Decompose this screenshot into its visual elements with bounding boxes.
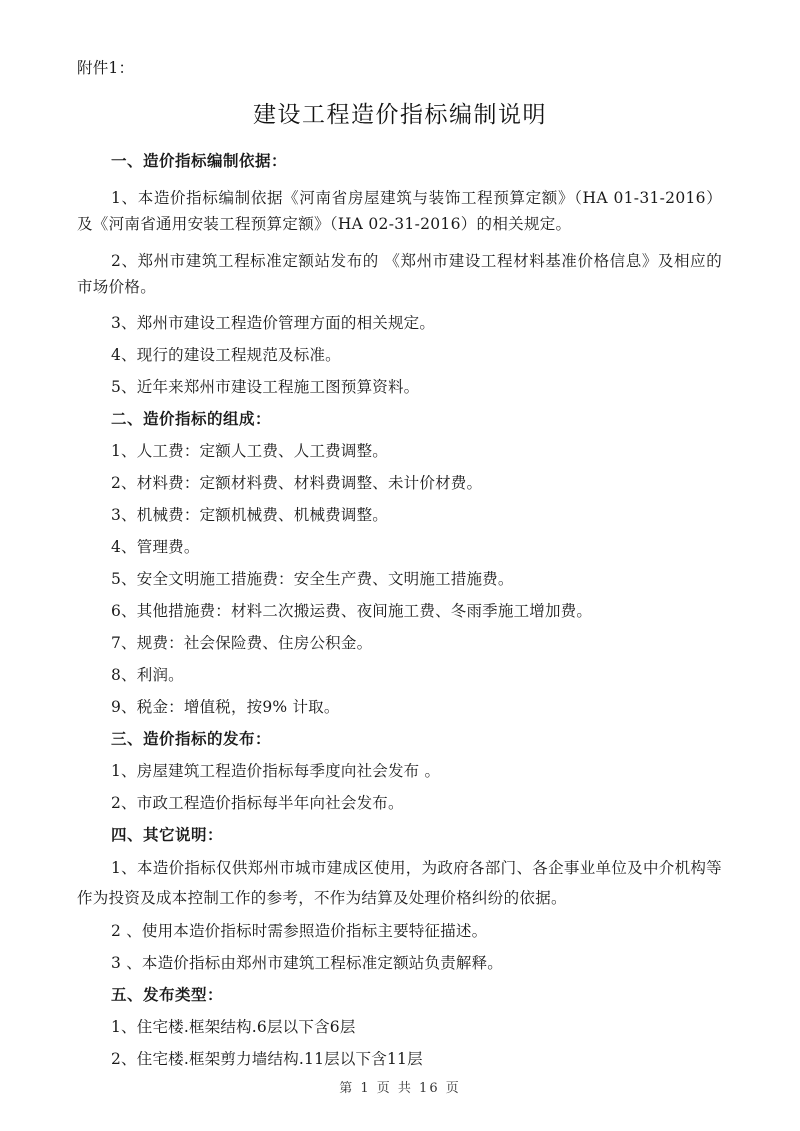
section-5-item-2: 2、住宅楼.框架剪力墙结构.11层以下含11层: [111, 1049, 423, 1069]
section-2-item-7: 7、规费：社会保险费、住房公积金。: [111, 633, 372, 653]
attachment-label: 附件1：: [77, 58, 134, 78]
section-5-item-1: 1、住宅楼.框架结构.6层以下含6层: [111, 1017, 356, 1037]
section-3-item-1: 1、房屋建筑工程造价指标每季度向社会发布 。: [111, 761, 440, 781]
section-2-item-9: 9、税金：增值税，按9% 计取。: [111, 697, 340, 717]
section-1-item-4: 4、现行的建设工程规范及标准。: [111, 345, 341, 365]
section-heading-1: 一、造价指标编制依据：: [111, 151, 287, 171]
page-footer: 第 1 页 共 16 页: [0, 1077, 800, 1096]
section-1-item-5: 5、近年来郑州市建设工程施工图预算资料。: [111, 377, 419, 397]
section-4-item-1: 1、本造价指标仅供郑州市城市建成区使用，为政府各部门、各企事业单位及中介机构等作…: [77, 853, 722, 913]
document-title: 建设工程造价指标编制说明: [0, 100, 800, 130]
section-2-item-1: 1、人工费：定额人工费、人工费调整。: [111, 441, 388, 461]
section-4-item-2: 2 、使用本造价指标时需参照造价指标主要特征描述。: [111, 921, 487, 941]
document-page: 附件1： 建设工程造价指标编制说明 一、造价指标编制依据： 1、本造价指标编制依…: [0, 0, 800, 1131]
section-2-item-2: 2、材料费：定额材料费、材料费调整、未计价材费。: [111, 473, 482, 493]
section-heading-5: 五、发布类型：: [111, 985, 223, 1005]
section-2-item-4: 4、管理费。: [111, 537, 200, 557]
section-heading-2: 二、造价指标的组成：: [111, 409, 271, 429]
section-1-item-3: 3、郑州市建设工程造价管理方面的相关规定。: [111, 313, 435, 333]
section-4-item-3: 3 、本造价指标由郑州市建筑工程标准定额站负责解释。: [111, 953, 503, 973]
section-1-item-2: 2、郑州市建筑工程标准定额站发布的 《郑州市建设工程材料基准价格信息》及相应的市…: [77, 248, 722, 300]
section-heading-4: 四、其它说明：: [111, 825, 223, 845]
section-1-item-1: 1、本造价指标编制依据《河南省房屋建筑与装饰工程预算定额》（HA 01-31-2…: [77, 185, 722, 237]
section-2-item-8: 8、利润。: [111, 665, 184, 685]
section-2-item-5: 5、安全文明施工措施费：安全生产费、文明施工措施费。: [111, 569, 514, 589]
section-2-item-6: 6、其他措施费：材料二次搬运费、夜间施工费、冬雨季施工增加费。: [111, 601, 592, 621]
section-3-item-2: 2、市政工程造价指标每半年向社会发布。: [111, 793, 404, 813]
section-2-item-3: 3、机械费：定额机械费、机械费调整。: [111, 505, 388, 525]
section-heading-3: 三、造价指标的发布：: [111, 729, 271, 749]
